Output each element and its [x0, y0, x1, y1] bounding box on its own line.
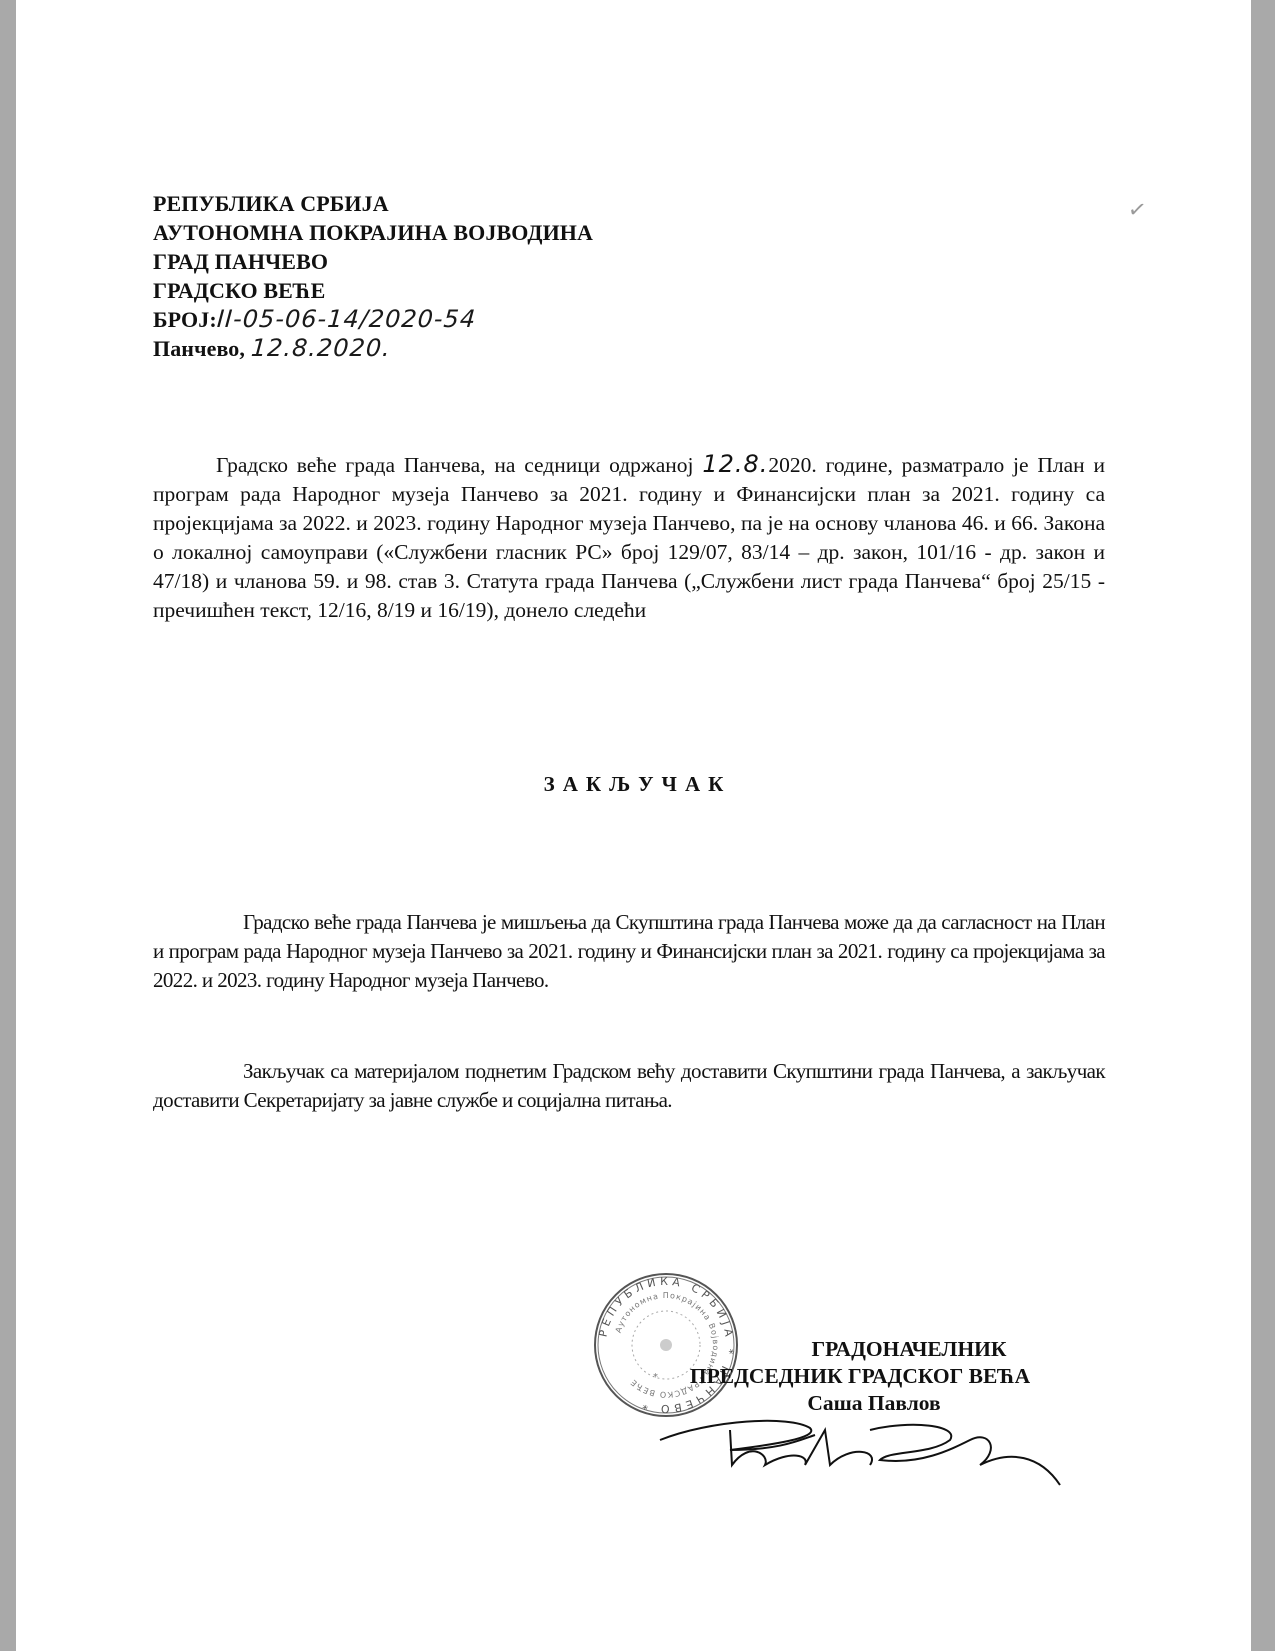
preamble-text-rest: 2020. године, разматрало је План и прогр…	[153, 453, 1105, 622]
checkmark-icon: ✓	[1126, 197, 1148, 224]
header-line-province: АУТОНОМНА ПОКРАЈИНА ВОЈВОДИНА	[153, 218, 593, 247]
signatory-title-mayor: ГРАДОНАЧЕЛНИК	[640, 1336, 1080, 1363]
header-line-council: ГРАДСКО ВЕЋЕ	[153, 276, 593, 305]
document-header: РЕПУБЛИКА СРБИЈА АУТОНОМНА ПОКРАЈИНА ВОЈ…	[153, 189, 593, 363]
date-value: 12.8.2020.	[250, 334, 392, 363]
paragraph-delivery: Закључак са материјалом поднетим Градско…	[153, 1057, 1105, 1115]
preamble-text-start: Градско веће града Панчева, на седници о…	[216, 453, 702, 477]
scan-edge-left	[0, 0, 16, 1651]
handwritten-signature-icon	[650, 1410, 1070, 1490]
document-number-value: II-05-06-14/2020-54	[216, 305, 477, 334]
header-line-city: ГРАД ПАНЧЕВО	[153, 247, 593, 276]
place-label: Панчево,	[153, 336, 245, 361]
conclusion-text: Градско веће града Панчева је мишљења да…	[153, 910, 1105, 992]
paragraph-conclusion: Градско веће града Панчева је мишљења да…	[153, 908, 1105, 995]
document-number-label: БРОЈ:	[153, 307, 217, 332]
paragraph-preamble: Градско веће града Панчева, на седници о…	[153, 450, 1105, 625]
document-title: ЗАКЉУЧАК	[0, 772, 1275, 797]
document-number: БРОЈ:II-05-06-14/2020-54	[153, 305, 593, 334]
signatory-title-president: ПРЕДСЕДНИК ГРАДСКОГ ВЕЋА	[640, 1363, 1080, 1390]
session-date-handwritten: 12.8.	[702, 450, 768, 478]
document-place-date: Панчево, 12.8.2020.	[153, 334, 593, 363]
signature-block: ГРАДОНАЧЕЛНИК ПРЕДСЕДНИК ГРАДСКОГ ВЕЋА С…	[640, 1336, 1080, 1417]
scan-edge-right	[1251, 0, 1275, 1651]
header-line-republic: РЕПУБЛИКА СРБИЈА	[153, 189, 593, 218]
delivery-text: Закључак са материјалом поднетим Градско…	[153, 1059, 1105, 1112]
